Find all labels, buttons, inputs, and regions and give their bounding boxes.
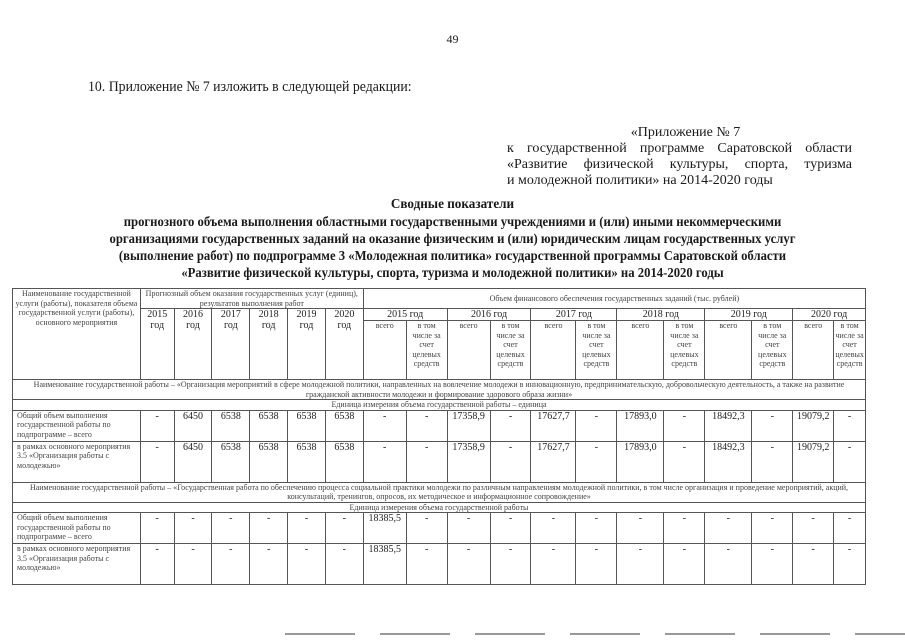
annex-heading: «Приложение № 7 к государственной програ… xyxy=(507,125,852,189)
forecast-cell: - xyxy=(174,513,212,544)
finance-year-header: 2019 год xyxy=(705,309,793,321)
finance-cell: - xyxy=(617,544,664,585)
row-label: в рамках основного мероприятия 3.5 «Орга… xyxy=(13,441,141,482)
annex-line: и молодежной политики» на 2014-2020 годы xyxy=(507,173,852,189)
subheader-total: всего xyxy=(705,321,752,380)
forecast-year-header: 2020 год xyxy=(325,309,363,380)
finance-cell: - xyxy=(752,441,793,482)
title-line: Сводные показатели xyxy=(27,196,878,213)
finance-cell: - xyxy=(490,544,531,585)
subheader-total: всего xyxy=(531,321,576,380)
forecast-cell: - xyxy=(250,513,288,544)
finance-cell: - xyxy=(576,544,617,585)
work-name-row: Наименование государственной работы – «О… xyxy=(13,380,866,400)
finance-cell: - xyxy=(834,513,866,544)
forecast-cell: - xyxy=(212,513,250,544)
header-year-row: 2015 год2016 год2017 год2018 год2019 год… xyxy=(13,309,866,321)
finance-year-header: 2018 год xyxy=(617,309,705,321)
forecast-cell: 6538 xyxy=(250,441,288,482)
finance-cell: - xyxy=(752,513,793,544)
forecast-cell: 6538 xyxy=(288,410,326,441)
title-line: организациями государственных заданий на… xyxy=(27,230,878,247)
row-label: Общий объем выполнения государственной р… xyxy=(13,410,141,441)
finance-cell: - xyxy=(576,513,617,544)
finance-cell: - xyxy=(705,544,752,585)
finance-cell: 18385,5 xyxy=(363,544,406,585)
finance-cell: - xyxy=(406,441,447,482)
forecast-cell: 6538 xyxy=(325,441,363,482)
forecast-cell: - xyxy=(325,544,363,585)
subheader-target-funds: в том числе за счет целевых средств xyxy=(576,321,617,380)
header-finance-group: Объем финансового обеспечения государств… xyxy=(363,289,865,309)
page-number: 49 xyxy=(0,32,905,47)
subheader-total: всего xyxy=(617,321,664,380)
finance-cell: 17627,7 xyxy=(531,410,576,441)
finance-cell: - xyxy=(447,544,490,585)
finance-cell: 18492,3 xyxy=(705,441,752,482)
unit-row: Единица измерения объема государственной… xyxy=(13,502,866,513)
finance-cell: - xyxy=(664,513,705,544)
forecast-cell: 6538 xyxy=(212,410,250,441)
row-label: в рамках основного мероприятия 3.5 «Орга… xyxy=(13,544,141,585)
finance-cell: - xyxy=(490,441,531,482)
unit-row: Единица измерения объема государственной… xyxy=(13,400,866,411)
title-line: (выполнение работ) по подпрограмме 3 «Мо… xyxy=(27,247,878,264)
row-label: Общий объем выполнения государственной р… xyxy=(13,513,141,544)
finance-cell: - xyxy=(531,544,576,585)
finance-cell: 19079,2 xyxy=(793,441,834,482)
work-name: Наименование государственной работы – «О… xyxy=(13,380,866,400)
forecast-cell: - xyxy=(140,410,174,441)
finance-cell: - xyxy=(664,441,705,482)
title-line: прогнозного объема выполнения областными… xyxy=(27,213,878,230)
title-line: «Развитие физической культуры, спорта, т… xyxy=(27,264,878,281)
forecast-cell: - xyxy=(174,544,212,585)
finance-cell: - xyxy=(576,410,617,441)
subheader-target-funds: в том числе за счет целевых средств xyxy=(834,321,866,380)
table-row: в рамках основного мероприятия 3.5 «Орга… xyxy=(13,544,866,585)
page-bottom-divider xyxy=(285,633,905,635)
forecast-cell: 6538 xyxy=(288,441,326,482)
table-row: Общий объем выполнения государственной р… xyxy=(13,410,866,441)
forecast-year-header: 2018 год xyxy=(250,309,288,380)
work-name-row: Наименование государственной работы – «Г… xyxy=(13,482,866,502)
instruction-text: 10. Приложение № 7 изложить в следующей … xyxy=(88,79,412,96)
forecast-cell: - xyxy=(288,544,326,585)
finance-cell: - xyxy=(664,410,705,441)
finance-cell: - xyxy=(490,513,531,544)
finance-cell: - xyxy=(363,410,406,441)
subheader-total: всего xyxy=(363,321,406,380)
finance-cell: - xyxy=(834,410,866,441)
forecast-cell: - xyxy=(288,513,326,544)
subheader-target-funds: в том числе за счет целевых средств xyxy=(752,321,793,380)
finance-cell: - xyxy=(752,544,793,585)
finance-cell: - xyxy=(793,544,834,585)
unit-of-measure: Единица измерения объема государственной… xyxy=(13,502,866,513)
finance-year-header: 2017 год xyxy=(531,309,617,321)
finance-cell: - xyxy=(617,513,664,544)
finance-cell: 17358,9 xyxy=(447,410,490,441)
forecast-year-header: 2016 год xyxy=(174,309,212,380)
finance-cell: - xyxy=(664,544,705,585)
header-row: Наименование государственной услуги (раб… xyxy=(13,289,866,309)
forecast-cell: 6538 xyxy=(212,441,250,482)
finance-cell: - xyxy=(363,441,406,482)
finance-year-header: 2020 год xyxy=(793,309,866,321)
finance-cell: - xyxy=(705,513,752,544)
finance-cell: - xyxy=(406,513,447,544)
forecast-year-header: 2019 год xyxy=(288,309,326,380)
subheader-target-funds: в том числе за счет целевых средств xyxy=(664,321,705,380)
finance-cell: 18492,3 xyxy=(705,410,752,441)
summary-table: Наименование государственной услуги (раб… xyxy=(12,288,866,585)
forecast-cell: - xyxy=(140,544,174,585)
annex-line: «Приложение № 7 xyxy=(507,125,852,141)
finance-cell: - xyxy=(531,513,576,544)
header-forecast-group: Прогнозный объем оказания государственны… xyxy=(140,289,363,309)
work-name: Наименование государственной работы – «Г… xyxy=(13,482,866,502)
finance-cell: - xyxy=(406,544,447,585)
forecast-year-header: 2017 год xyxy=(212,309,250,380)
finance-cell: 17893,0 xyxy=(617,410,664,441)
forecast-cell: - xyxy=(140,513,174,544)
finance-year-header: 2016 год xyxy=(447,309,531,321)
table-row: Общий объем выполнения государственной р… xyxy=(13,513,866,544)
forecast-cell: - xyxy=(140,441,174,482)
forecast-cell: 6538 xyxy=(250,410,288,441)
document-title: Сводные показатели прогнозного объема вы… xyxy=(0,196,905,281)
finance-cell: - xyxy=(834,441,866,482)
finance-cell: - xyxy=(834,544,866,585)
finance-cell: - xyxy=(793,513,834,544)
finance-cell: 17893,0 xyxy=(617,441,664,482)
annex-line: «Развитие физической культуры, спорта, т… xyxy=(507,157,852,173)
forecast-cell: - xyxy=(212,544,250,585)
subheader-total: всего xyxy=(793,321,834,380)
forecast-cell: 6450 xyxy=(174,441,212,482)
forecast-cell: 6538 xyxy=(325,410,363,441)
subheader-target-funds: в том числе за счет целевых средств xyxy=(406,321,447,380)
forecast-year-header: 2015 год xyxy=(140,309,174,380)
finance-cell: - xyxy=(406,410,447,441)
table-row: в рамках основного мероприятия 3.5 «Орга… xyxy=(13,441,866,482)
forecast-cell: 6450 xyxy=(174,410,212,441)
finance-cell: - xyxy=(576,441,617,482)
forecast-cell: - xyxy=(325,513,363,544)
finance-cell: 18385,5 xyxy=(363,513,406,544)
subheader-target-funds: в том числе за счет целевых средств xyxy=(490,321,531,380)
unit-of-measure: Единица измерения объема государственной… xyxy=(13,400,866,411)
finance-cell: 19079,2 xyxy=(793,410,834,441)
finance-cell: 17627,7 xyxy=(531,441,576,482)
finance-cell: - xyxy=(447,513,490,544)
annex-line: к государственной программе Саратовской … xyxy=(507,141,852,157)
finance-cell: - xyxy=(752,410,793,441)
finance-cell: 17358,9 xyxy=(447,441,490,482)
forecast-cell: - xyxy=(250,544,288,585)
header-name-column: Наименование государственной услуги (раб… xyxy=(13,289,141,380)
subheader-total: всего xyxy=(447,321,490,380)
finance-cell: - xyxy=(490,410,531,441)
finance-year-header: 2015 год xyxy=(363,309,447,321)
